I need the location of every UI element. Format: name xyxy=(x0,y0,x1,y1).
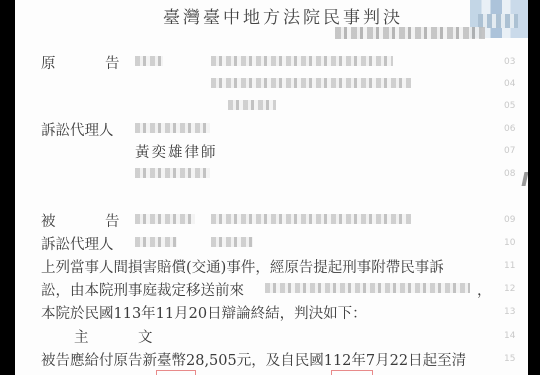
body-text: 訟，由本院刑事庭裁定移送前來 xyxy=(41,279,244,300)
counsel-name: 黃奕雄律師 xyxy=(135,141,218,162)
plaintiff-address-line-3: 05 xyxy=(15,96,528,118)
line-number: 06 xyxy=(504,124,515,134)
line-number: 14 xyxy=(504,331,515,341)
plaintiff-address-redacted xyxy=(211,56,393,66)
heading-char-1: 主 xyxy=(74,326,89,347)
body-line: 被告應給付原告新臺幣28,505元，及自民國112年7月22日起至清 15 xyxy=(15,349,528,371)
redacted-text xyxy=(211,237,253,247)
red-stamp-mark xyxy=(331,370,373,375)
redacted-text xyxy=(228,100,276,110)
line-number: 03 xyxy=(504,57,515,67)
defendant-label-2: 告 xyxy=(105,210,120,231)
case-number-redacted xyxy=(335,27,485,39)
defendant-counsel-row: 訴訟代理人 10 xyxy=(15,233,528,255)
line-number: 04 xyxy=(504,79,515,89)
counsel-name-redacted xyxy=(135,237,177,247)
line-number: 13 xyxy=(504,307,515,317)
defendant-label-1: 被 xyxy=(41,210,56,231)
counsel-name-redacted xyxy=(135,123,210,133)
line-number: 09 xyxy=(504,215,515,225)
line-number: 05 xyxy=(504,101,515,111)
plaintiff-address-line-2: 04 xyxy=(15,74,528,96)
red-stamp-mark xyxy=(156,370,196,375)
body-text: 上列當事人間損害賠償(交通)事件，經原告提起刑事附帶民事訴 xyxy=(41,256,444,277)
counsel-label: 訴訟代理人 xyxy=(41,119,114,140)
redacted-text xyxy=(265,283,470,293)
body-line: 上列當事人間損害賠償(交通)事件，經原告提起刑事附帶民事訴 11 xyxy=(15,256,528,278)
plaintiff-label-2: 告 xyxy=(105,52,120,73)
plaintiff-counsel-row-2: 黃奕雄律師 07 xyxy=(15,141,528,163)
line-number: 08 xyxy=(504,169,515,179)
body-text: ， xyxy=(477,279,492,300)
line-number: 15 xyxy=(504,354,515,364)
line-number: 07 xyxy=(504,146,515,156)
body-line: 訟，由本院刑事庭裁定移送前來 ， 12 xyxy=(15,279,528,301)
line-number: 10 xyxy=(504,238,515,248)
defendant-row: 被 告 09 xyxy=(15,210,528,232)
judgment-page: 臺灣臺中地方法院民事判決 原 告 03 04 05 訴訟代理人 06 黃奕雄律師… xyxy=(15,0,528,375)
body-text: 被告應給付原告新臺幣28,505元，及自民國112年7月22日起至清 xyxy=(41,349,466,370)
redacted-text xyxy=(211,78,411,88)
line-number: 11 xyxy=(504,261,515,271)
line-number: 12 xyxy=(504,284,515,294)
plaintiff-counsel-row: 訴訟代理人 06 xyxy=(15,119,528,141)
plaintiff-name-redacted xyxy=(135,56,163,66)
defendant-name-redacted xyxy=(135,214,195,224)
document-title: 臺灣臺中地方法院民事判決 xyxy=(163,3,403,28)
plaintiff-row: 原 告 03 xyxy=(15,52,528,74)
counsel-name-redacted xyxy=(135,168,210,178)
heading-char-2: 文 xyxy=(138,326,153,347)
main-text-heading: 主 文 14 xyxy=(15,326,528,348)
defendant-address-redacted xyxy=(211,214,411,224)
body-text: 本院於民國113年11月20日辯論終結，判決如下： xyxy=(41,302,367,323)
plaintiff-counsel-row-3: 08 xyxy=(15,164,528,186)
body-line: 本院於民國113年11月20日辯論終結，判決如下： 13 xyxy=(15,302,528,324)
plaintiff-label-1: 原 xyxy=(41,52,56,73)
counsel-label: 訴訟代理人 xyxy=(41,233,114,254)
